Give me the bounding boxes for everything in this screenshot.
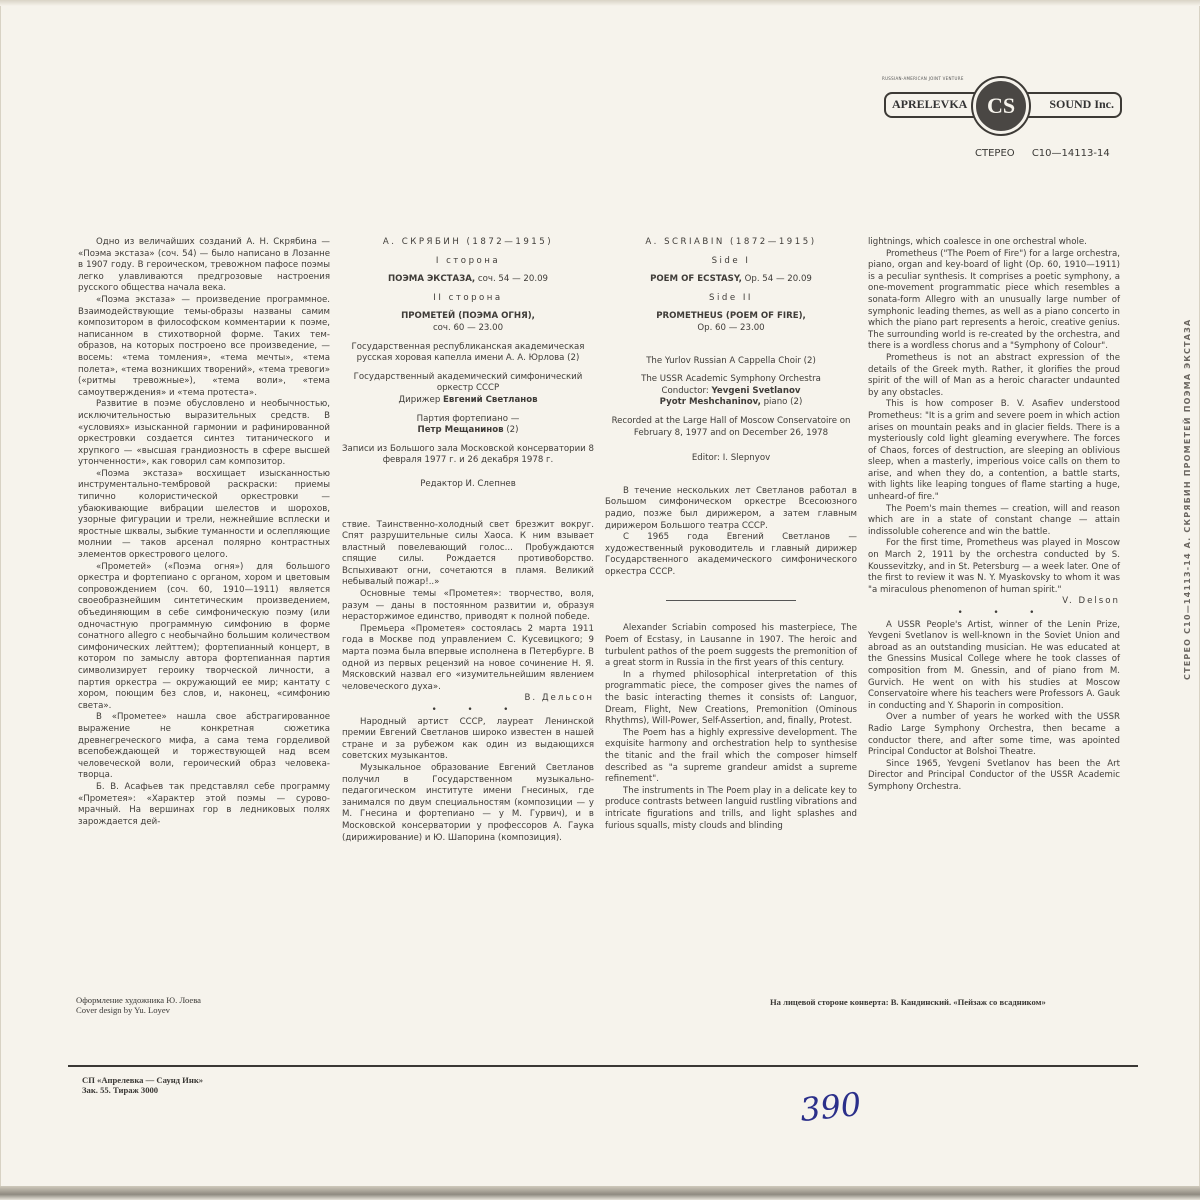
section-divider-dots: • • • <box>868 608 1120 620</box>
choir-credit: Государственная республиканская академич… <box>342 342 594 365</box>
recording-info: Записи из Большого зала Московской консе… <box>342 444 594 467</box>
cover-design-credit: Оформление художника Ю. Лоева Cover desi… <box>76 995 201 1015</box>
paragraph: Развитие в поэме обусловлено и необычнос… <box>78 399 330 469</box>
side-2-label: Side II <box>605 293 857 305</box>
editor-credit: Editor: I. Slepnyov <box>605 453 857 465</box>
paragraph: In a rhymed philosophical interpretation… <box>605 670 857 728</box>
paragraph: The Poem has a highly expressive develop… <box>605 728 857 786</box>
paragraph: В «Прометее» нашла свое абстрагированное… <box>78 712 330 782</box>
paragraph: This is how composer B. V. Asafiev under… <box>868 399 1120 503</box>
choir-credit: The Yurlov Russian A Cappella Choir (2) <box>605 356 857 368</box>
paragraph: «Поэма экстаза» восхищает изысканностью … <box>78 469 330 562</box>
signature: В. Дельсон <box>342 693 594 705</box>
paragraph: Prometheus is not an abstract expression… <box>868 353 1120 399</box>
paragraph: A USSR People's Artist, winner of the Le… <box>868 620 1120 713</box>
front-cover-note: На лицевой стороне конверта: В. Кандинск… <box>770 997 1046 1007</box>
russian-credits-column: А. СКРЯБИН (1872—1915) I сторона ПОЭМА Э… <box>342 237 594 844</box>
logo-right-word: SOUND Inc. <box>1049 97 1114 112</box>
divider-line <box>666 600 796 601</box>
paragraph: Музыкальное образование Евгений Светлано… <box>342 763 594 844</box>
russian-notes-column-1: Одно из величайших созданий А. Н. Скряби… <box>78 237 330 828</box>
logo-tagline: RUSSIAN-AMERICAN JOINT VENTURE <box>882 76 964 81</box>
paragraph: Народный артист СССР, лауреат Ленинской … <box>342 717 594 763</box>
composer-heading: А. СКРЯБИН (1872—1915) <box>342 237 594 249</box>
recording-info: Recorded at the Large Hall of Moscow Con… <box>605 416 857 439</box>
handwritten-price-mark: 390 <box>798 1085 863 1129</box>
composer-heading: A. SCRIABIN (1872—1915) <box>605 237 857 249</box>
paragraph: The instruments in The Poem play in a de… <box>605 786 857 832</box>
side-1-label: I сторона <box>342 256 594 268</box>
paragraph: В течение нескольких лет Светланов работ… <box>605 486 857 532</box>
paragraph: Over a number of years he worked with th… <box>868 712 1120 758</box>
paragraph: «Поэма экстаза» — произведение программн… <box>78 295 330 399</box>
side-2-track: PROMETHEUS (POEM OF FIRE),Op. 60 — 23.00 <box>605 311 857 334</box>
editor-credit: Редактор И. Слепнев <box>342 479 594 491</box>
orchestra-credit: The USSR Academic Symphony OrchestraCond… <box>605 374 857 409</box>
paragraph: Одно из величайших созданий А. Н. Скряби… <box>78 237 330 295</box>
side-1-label: Side I <box>605 256 857 268</box>
side-1-track: ПОЭМА ЭКСТАЗА, соч. 54 — 20.09 <box>342 274 594 286</box>
sleeve-top-edge <box>0 0 1200 6</box>
publisher-info: СП «Апрелевка — Саунд Инк» Зак. 55. Тира… <box>82 1075 203 1095</box>
russian-track-listing: А. СКРЯБИН (1872—1915) I сторона ПОЭМА Э… <box>342 237 594 491</box>
stereo-label: СТЕРЕО <box>975 148 1015 159</box>
paragraph: The Poem's main themes — creation, will … <box>868 504 1120 539</box>
aprelevka-sound-logo-icon: CS <box>973 78 1029 134</box>
label-logo: RUSSIAN-AMERICAN JOINT VENTURE APRELEVKA… <box>882 76 1122 128</box>
piano-credit: Партия фортепиано —Петр Мещанинов (2) <box>342 414 594 437</box>
paragraph: Since 1965, Yevgeni Svetlanov has been t… <box>868 759 1120 794</box>
paragraph: Prometheus ("The Poem of Fire") for a la… <box>868 249 1120 353</box>
catalog-number: СТЕРЕО С10—14113-14 <box>975 148 1110 159</box>
paragraph: lightnings, which coalesce in one orches… <box>868 237 1120 249</box>
english-notes-column: lightnings, which coalesce in one orches… <box>868 237 1120 794</box>
paragraph: Премьера «Прометея» состоялась 2 марта 1… <box>342 624 594 694</box>
paragraph: For the first time, Prometheus was playe… <box>868 538 1120 596</box>
footer-divider <box>68 1065 1138 1067</box>
english-credits-column: A. SCRIABIN (1872—1915) Side I POEM OF E… <box>605 237 857 832</box>
logo-left-word: APRELEVKA <box>892 97 967 112</box>
english-track-listing: A. SCRIABIN (1872—1915) Side I POEM OF E… <box>605 237 857 465</box>
paragraph: Основные темы «Прометея»: творчество, во… <box>342 589 594 624</box>
paragraph: С 1965 года Евгений Светланов — художест… <box>605 532 857 578</box>
signature: V. Delson <box>868 596 1120 608</box>
side-2-label: II сторона <box>342 293 594 305</box>
paragraph: Б. В. Асафьев так представлял себе прогр… <box>78 782 330 828</box>
paragraph: Alexander Scriabin composed his masterpi… <box>605 623 857 669</box>
section-divider-dots: • • • <box>342 705 594 717</box>
side-2-track: ПРОМЕТЕЙ (ПОЭМА ОГНЯ),соч. 60 — 23.00 <box>342 311 594 334</box>
paragraph: ствие. Таинственно-холодный свет брезжит… <box>342 520 594 590</box>
paragraph: «Прометей» («Поэма огня») для большого о… <box>78 562 330 713</box>
side-1-track: POEM OF ECSTASY, Op. 54 — 20.09 <box>605 274 857 286</box>
orchestra-credit: Государственный академический симфоничес… <box>342 372 594 407</box>
catalog-code: С10—14113-14 <box>1032 148 1110 159</box>
sleeve-bottom-edge <box>0 1186 1200 1200</box>
